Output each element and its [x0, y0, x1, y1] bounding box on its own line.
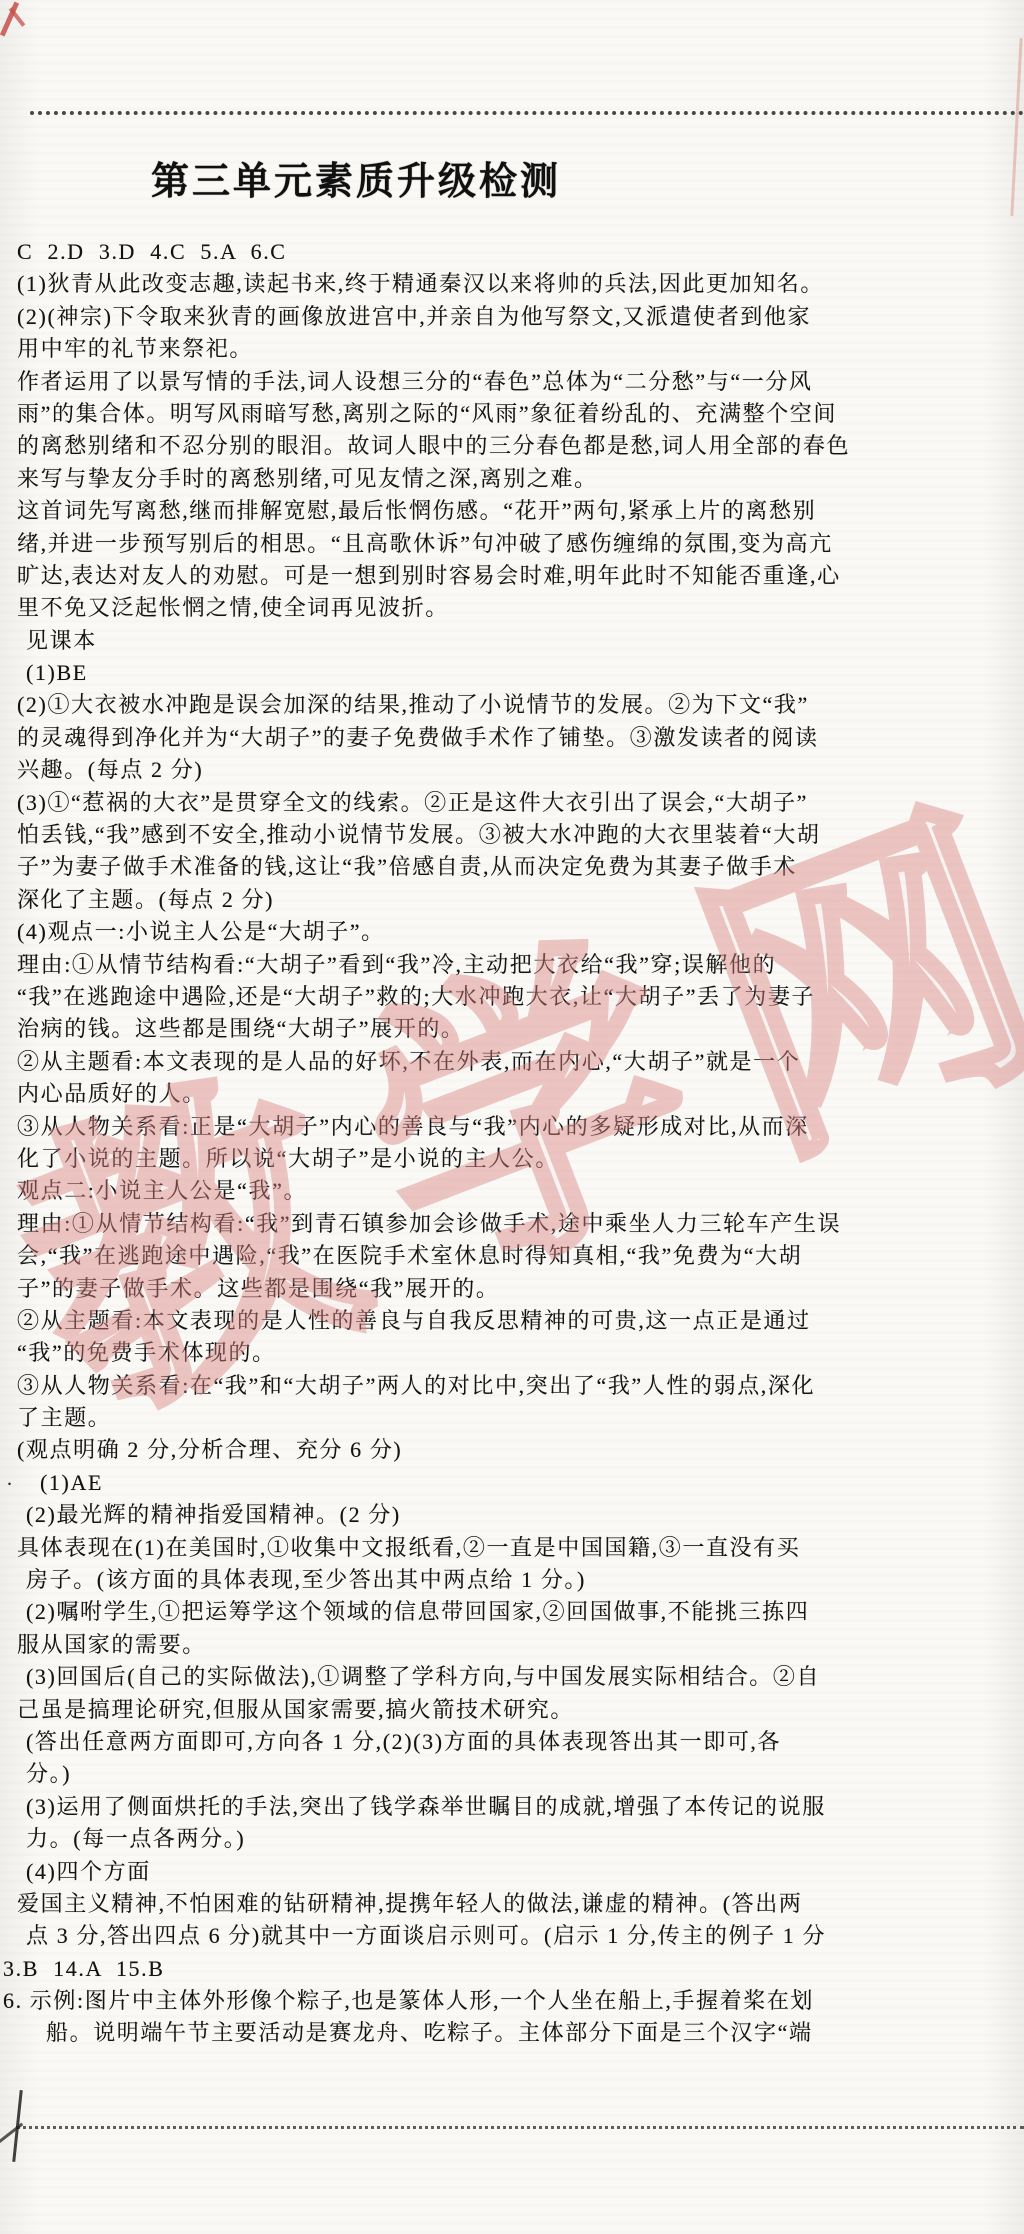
answer-line: 理由:①从情节结构看:“我”到青石镇参加会诊做手术,途中乘坐人力三轮车产生误 — [0, 1208, 1024, 1240]
answer-line: 理由:①从情节结构看:“大胡子”看到“我”冷,主动把大衣给“我”穿;误解他的 — [0, 949, 1024, 981]
answer-line: 服从国家的需要。 — [0, 1629, 1024, 1661]
answer-line: 的灵魂得到净化并为“大胡子”的妻子免费做手术作了铺垫。③激发读者的阅读 — [0, 722, 1024, 754]
answer-line: 怕丢钱,“我”感到不安全,推动小说情节发展。③被大水冲跑的大衣里装着“大胡 — [0, 819, 1024, 851]
answer-line: (观点明确 2 分,分析合理、充分 6 分) — [0, 1434, 1024, 1466]
answer-line: “我”在逃跑途中遇险,还是“大胡子”救的;大水冲跑大衣,让“大胡子”丢了为妻子 — [0, 981, 1024, 1013]
answer-line: 见课本 — [0, 625, 1024, 657]
answer-line: 力。(每一点各两分。) — [0, 1823, 1024, 1855]
answer-line: (3)回国后(自己的实际做法),①调整了学科方向,与中国发展实际相结合。②自 — [0, 1661, 1024, 1693]
answer-line: (3)①“惹祸的大衣”是贯穿全文的线索。②正是这件大衣引出了误会,“大胡子” — [0, 787, 1024, 819]
answer-line: 兴趣。(每点 2 分) — [0, 754, 1024, 786]
answer-line: (1)狄青从此改变志趣,读起书来,终于精通秦汉以来将帅的兵法,因此更加知名。 — [0, 268, 1024, 300]
answer-line: 里不免又泛起怅惘之情,使全词再见波折。 — [0, 592, 1024, 624]
answer-line: 旷达,表达对友人的劝慰。可是一想到别时容易会时难,明年此时不知能否重逢,心 — [0, 560, 1024, 592]
answer-line: 子”为妻子做手术准备的钱,这让“我”倍感自责,从而决定免费为其妻子做手术 — [0, 851, 1024, 883]
answer-line: 内心品质好的人。 — [0, 1078, 1024, 1110]
answer-line: 作者运用了以景写情的手法,词人设想三分的“春色”总体为“二分愁”与“一分风 — [0, 366, 1024, 398]
answer-line: 点 3 分,答出四点 6 分)就其中一方面谈启示则可。(启示 1 分,传主的例子… — [0, 1920, 1024, 1952]
answer-line: 了主题。 — [0, 1402, 1024, 1434]
scanned-answer-page: 第三单元素质升级检测 C 2.D 3.D 4.C 5.A 6.C(1)狄青从此改… — [0, 0, 1024, 2234]
answer-line: 船。说明端午节主要活动是赛龙舟、吃粽子。主体部分下面是三个汉字“端 — [0, 2017, 1024, 2049]
answer-line: (2)嘱咐学生,①把运筹学这个领域的信息带回国家,②回国做事,不能挑三拣四 — [0, 1596, 1024, 1628]
answer-line: 观点二:小说主人公是“我”。 — [0, 1175, 1024, 1207]
answer-line: 房子。(该方面的具体表现,至少答出其中两点给 1 分。) — [0, 1564, 1024, 1596]
answer-line: 用中牢的礼节来祭祀。 — [0, 333, 1024, 365]
answer-line: 爱国主义精神,不怕困难的钻研精神,提携年轻人的做法,谦虚的精神。(答出两 — [0, 1888, 1024, 1920]
answer-line: 这首词先写离愁,继而排解宽慰,最后怅惘伤感。“花开”两句,紧承上片的离愁别 — [0, 495, 1024, 527]
answer-line: 雨”的集合体。明写风雨暗写愁,离别之际的“风雨”象征着纷乱的、充满整个空间 — [0, 398, 1024, 430]
answer-line: 深化了主题。(每点 2 分) — [0, 884, 1024, 916]
answer-line: ②从主题看:本文表现的是人品的好坏,不在外表,而在内心,“大胡子”就是一个 — [0, 1046, 1024, 1078]
answer-line: ②从主题看:本文表现的是人性的善良与自我反思精神的可贵,这一点正是通过 — [0, 1305, 1024, 1337]
answer-line: 子”的妻子做手术。这些都是围绕“我”展开的。 — [0, 1273, 1024, 1305]
bottom-dotted-rule — [16, 2126, 1024, 2129]
answer-line: “我”的免费手术体现的。 — [0, 1337, 1024, 1369]
answer-line: (3)运用了侧面烘托的手法,突出了钱学森举世瞩目的成就,增强了本传记的说服 — [0, 1791, 1024, 1823]
answer-line: ③从人物关系看:正是“大胡子”内心的善良与“我”内心的多疑形成对比,从而深 — [0, 1111, 1024, 1143]
answer-line: (4)四个方面 — [0, 1856, 1024, 1888]
answer-line: 己虽是搞理论研究,但服从国家需要,搞火箭技术研究。 — [0, 1694, 1024, 1726]
answer-line: 化了小说的主题。所以说“大胡子”是小说的主人公。 — [0, 1143, 1024, 1175]
answer-line: 6. 示例:图片中主体外形像个粽子,也是篆体人形,一个人坐在船上,手握着桨在划 — [0, 1985, 1024, 2017]
answer-line: 会,“我”在逃跑途中遇险,“我”在医院手术室休息时得知真相,“我”免费为“大胡 — [0, 1240, 1024, 1272]
answer-line: 3.B 14.A 15.B — [0, 1953, 1024, 1985]
answer-line: 治病的钱。这些都是围绕“大胡子”展开的。 — [0, 1013, 1024, 1045]
answer-lines: C 2.D 3.D 4.C 5.A 6.C(1)狄青从此改变志趣,读起书来,终于… — [0, 236, 1024, 2050]
answer-line: 来写与挚友分手时的离愁别绪,可见友情之深,离别之难。 — [0, 463, 1024, 495]
answer-line: C 2.D 3.D 4.C 5.A 6.C — [0, 236, 1024, 268]
answer-line: (1)BE — [0, 657, 1024, 689]
red-streak-mark — [1010, 38, 1022, 216]
answer-line: (答出任意两方面即可,方向各 1 分,(2)(3)方面的具体表现答出其一即可,各 — [0, 1726, 1024, 1758]
answer-line: 具体表现在(1)在美国时,①收集中文报纸看,②一直是中国国籍,③一直没有买 — [0, 1532, 1024, 1564]
page-title: 第三单元素质升级检测 — [0, 150, 712, 205]
answer-line: .(1)AE — [0, 1467, 1024, 1499]
margin-number-fragment: . — [7, 1463, 14, 1495]
answer-line: (2)最光辉的精神指爱国精神。(2 分) — [0, 1499, 1024, 1531]
answer-line: ③从人物关系看:在“我”和“大胡子”两人的对比中,突出了“我”人性的弱点,深化 — [0, 1370, 1024, 1402]
answer-line: (4)观点一:小说主人公是“大胡子”。 — [0, 916, 1024, 948]
answer-line: (2)①大衣被水冲跑是误会加深的结果,推动了小说情节的发展。②为下文“我” — [0, 689, 1024, 721]
answer-line: 绪,并进一步预写别后的相思。“且高歌休诉”句冲破了感伤缠绵的氛围,变为高亢 — [0, 528, 1024, 560]
answer-line: 分。) — [0, 1758, 1024, 1790]
answer-line: 的离愁别绪和不忍分别的眼泪。故词人眼中的三分春色都是愁,词人用全部的春色 — [0, 430, 1024, 462]
answer-line: (2)(神宗)下令取来狄青的画像放进宫中,并亲自为他写祭文,又派遣使者到他家 — [0, 301, 1024, 333]
top-dotted-rule — [30, 111, 1024, 115]
